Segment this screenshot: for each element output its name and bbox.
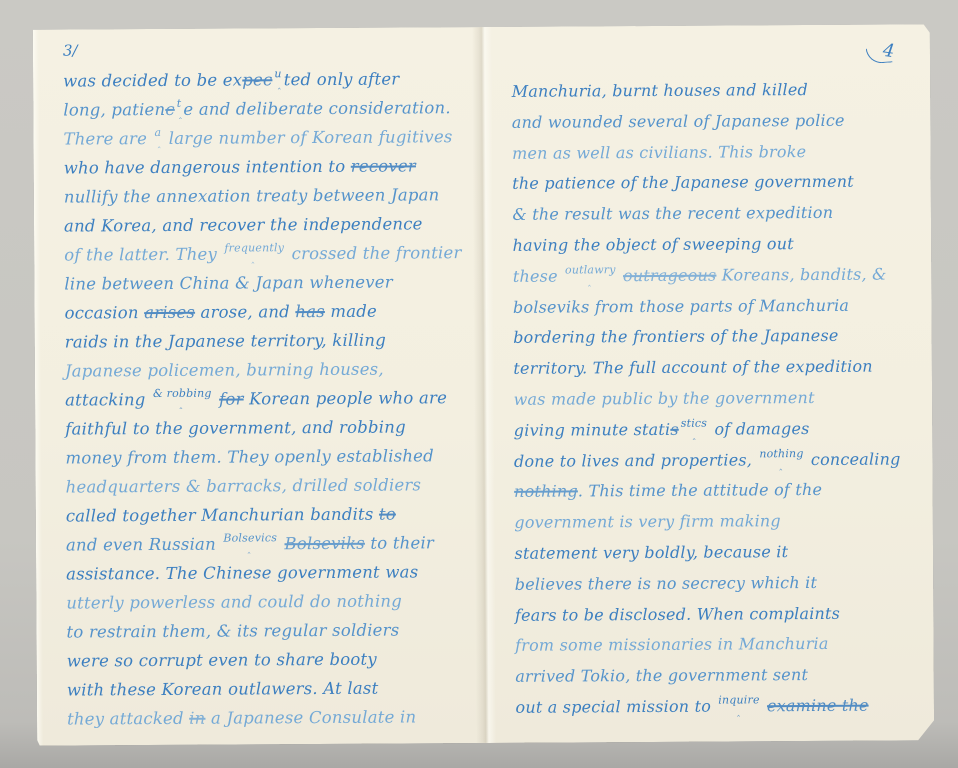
manuscript-text: from some missionaries in Manchuria bbox=[515, 634, 829, 655]
manuscript-line: territory. The full account of the exped… bbox=[513, 351, 926, 384]
manuscript-text: who have dangerous intention to bbox=[64, 157, 351, 178]
manuscript-line: nullify the annexation treaty between Ja… bbox=[64, 180, 477, 212]
manuscript-line: giving minute statisstics of damages bbox=[514, 413, 927, 446]
manuscript-text: e and deliberate consideration. bbox=[183, 98, 450, 119]
struck-out-text: to bbox=[379, 505, 396, 524]
manuscript-line: statement very boldly, because it bbox=[514, 536, 927, 569]
manuscript-text: and Korea, and recover the independence bbox=[64, 214, 423, 235]
manuscript-text: headquarters & barracks, drilled soldier… bbox=[66, 475, 422, 496]
manuscript-text: arrived Tokio, the government sent bbox=[515, 665, 808, 686]
inserted-above-text: t bbox=[177, 89, 182, 118]
manuscript-text: ted only after bbox=[284, 70, 400, 90]
manuscript-text: statement very boldly, because it bbox=[514, 542, 788, 563]
manuscript-line: from some missionaries in Manchuria bbox=[515, 629, 928, 662]
struck-out-text: arises bbox=[144, 303, 195, 322]
manuscript-text: they attacked bbox=[67, 709, 189, 729]
inserted-above-text: Bolsevics bbox=[223, 523, 277, 552]
manuscript-text: the patience of the Japanese government bbox=[512, 172, 854, 193]
page-left-lines: was decided to be expecuted only afterlo… bbox=[63, 64, 480, 734]
manuscript-line: government is very firm making bbox=[514, 505, 927, 538]
manuscript-line: Manchuria, burnt houses and killed bbox=[512, 74, 925, 107]
manuscript-text: nullify the annexation treaty between Ja… bbox=[64, 185, 440, 206]
manuscript-text: faithful to the government, and robbing bbox=[65, 417, 406, 438]
inserted-above-text: outlawry bbox=[565, 255, 616, 286]
manuscript-text: bordering the frontiers of the Japanese bbox=[513, 326, 838, 347]
manuscript-text: made bbox=[325, 302, 377, 321]
manuscript-text bbox=[279, 534, 285, 553]
manuscript-text: to restrain them, & its regular soldiers bbox=[66, 621, 399, 642]
manuscript-line: was made public by the government bbox=[513, 382, 926, 415]
manuscript-line: they attacked in a Japanese Consulate in bbox=[67, 702, 480, 734]
manuscript-text: arose, and bbox=[195, 302, 295, 322]
manuscript-text: and even Russian bbox=[66, 535, 221, 555]
manuscript-text: having the object of sweeping out bbox=[513, 234, 794, 255]
manuscript-text: concealing bbox=[806, 449, 901, 469]
manuscript-text: attacking bbox=[65, 390, 151, 410]
manuscript-text: to their bbox=[365, 533, 434, 552]
manuscript-text: . This time the attitude of the bbox=[578, 480, 822, 500]
manuscript-line: utterly powerless and could do nothing bbox=[66, 586, 479, 618]
struck-out-text: c bbox=[165, 100, 175, 119]
struck-out-text: Bolseviks bbox=[284, 534, 365, 553]
manuscript-text: territory. The full account of the exped… bbox=[513, 357, 873, 378]
manuscript-line: and even Russian Bolsevics Bolseviks to … bbox=[66, 528, 479, 560]
manuscript-line: long, patiencte and deliberate considera… bbox=[63, 93, 476, 125]
manuscript-line: bolseviks from those parts of Manchuria bbox=[513, 290, 926, 323]
manuscript-line: bordering the frontiers of the Japanese bbox=[513, 321, 926, 354]
struck-out-text: nothing bbox=[514, 482, 578, 501]
manuscript-text: men as well as civilians. This broke bbox=[512, 142, 806, 163]
inserted-above-text: & robbing bbox=[153, 379, 212, 408]
manuscript-text: raids in the Japanese territory, killing bbox=[65, 331, 386, 352]
inserted-above-text: stics bbox=[681, 408, 708, 439]
inserted-above-text: a bbox=[154, 118, 161, 147]
manuscript-line: There are a large number of Korean fugit… bbox=[63, 122, 476, 154]
manuscript-line: line between China & Japan whenever bbox=[64, 267, 477, 299]
manuscript-line: nothing. This time the attitude of the bbox=[514, 475, 927, 508]
manuscript-text: out a special mission to bbox=[515, 697, 716, 717]
manuscript-line: the patience of the Japanese government bbox=[512, 167, 925, 200]
manuscript-text: believes there is no secrecy which it bbox=[515, 573, 817, 594]
manuscript-line: occasion arises arose, and has made bbox=[64, 296, 477, 328]
manuscript-text: assistance. The Chinese government was bbox=[66, 562, 418, 583]
manuscript-line: who have dangerous intention to recover bbox=[64, 151, 477, 183]
manuscript-text: bolseviks from those parts of Manchuria bbox=[513, 295, 849, 316]
manuscript-text: a Japanese Consulate in bbox=[205, 707, 416, 727]
manuscript-line: and wounded several of Japanese police bbox=[512, 105, 925, 138]
struck-out-text: for bbox=[219, 389, 244, 408]
struck-out-text: examine the bbox=[767, 696, 869, 716]
inserted-above-text: inquire bbox=[718, 685, 760, 716]
manuscript-line: assistance. The Chinese government was bbox=[66, 557, 479, 589]
letter-sheet: 3/ was decided to be expecuted only afte… bbox=[33, 24, 934, 745]
inserted-above-text: u bbox=[274, 59, 281, 88]
manuscript-line: men as well as civilians. This broke bbox=[512, 136, 925, 169]
page-right-lines: Manchuria, burnt houses and killedand wo… bbox=[512, 74, 928, 723]
manuscript-line: & the result was the recent expedition bbox=[512, 197, 925, 230]
manuscript-text: was decided to be ex bbox=[63, 70, 242, 90]
struck-out-text: s bbox=[670, 420, 679, 439]
manuscript-text: & the result was the recent expedition bbox=[512, 203, 833, 224]
manuscript-line: done to lives and properties, nothing co… bbox=[514, 444, 927, 477]
manuscript-text: and wounded several of Japanese police bbox=[512, 111, 845, 132]
manuscript-text: long, patien bbox=[63, 100, 165, 120]
manuscript-text: of the latter. They bbox=[64, 245, 222, 265]
manuscript-text: done to lives and properties, bbox=[514, 450, 757, 470]
manuscript-text: giving minute stati bbox=[514, 420, 671, 440]
manuscript-text: utterly powerless and could do nothing bbox=[66, 592, 402, 613]
manuscript-text: Koreans, bandits, & bbox=[716, 264, 886, 284]
manuscript-line: with these Korean outlawers. At last bbox=[67, 673, 480, 705]
inserted-above-text: frequently bbox=[224, 233, 284, 262]
struck-out-text: recover bbox=[351, 156, 416, 175]
manuscript-line: attacking & robbing for Korean people wh… bbox=[65, 383, 478, 415]
struck-out-text: has bbox=[295, 302, 325, 321]
manuscript-text: were so corrupt even to share booty bbox=[67, 650, 377, 671]
struck-out-text: pec bbox=[242, 70, 272, 89]
manuscript-line: believes there is no secrecy which it bbox=[515, 567, 928, 600]
page-number-right: 4 bbox=[881, 40, 895, 62]
manuscript-line: money from them. They openly established bbox=[65, 441, 478, 473]
struck-out-text: outrageous bbox=[623, 265, 717, 285]
manuscript-line: out a special mission to inquire examine… bbox=[515, 690, 928, 723]
manuscript-line: raids in the Japanese territory, killing bbox=[65, 325, 478, 357]
manuscript-text: money from them. They openly established bbox=[65, 446, 434, 467]
manuscript-text: large number of Korean fugitives bbox=[163, 127, 452, 148]
manuscript-text: crossed the frontier bbox=[286, 243, 462, 263]
manuscript-text: Japanese policemen, burning houses, bbox=[65, 360, 384, 381]
manuscript-line: headquarters & barracks, drilled soldier… bbox=[66, 470, 479, 502]
manuscript-text: was made public by the government bbox=[514, 388, 815, 409]
page-left: 3/ was decided to be expecuted only afte… bbox=[33, 27, 484, 746]
manuscript-line: were so corrupt even to share booty bbox=[67, 644, 480, 676]
page-number-left: 3/ bbox=[63, 39, 476, 62]
manuscript-line: these outlawry outrageous Koreans, bandi… bbox=[513, 259, 926, 292]
manuscript-line: Japanese policemen, burning houses, bbox=[65, 354, 478, 386]
page-right: 4 Manchuria, burnt houses and killedand … bbox=[479, 24, 934, 743]
manuscript-text: Manchuria, burnt houses and killed bbox=[512, 80, 808, 101]
inserted-above-text: nothing bbox=[759, 439, 803, 470]
manuscript-text: called together Manchurian bandits bbox=[66, 505, 379, 526]
manuscript-text: fears to be disclosed. When complaints bbox=[515, 603, 840, 624]
manuscript-line: to restrain them, & its regular soldiers bbox=[66, 615, 479, 647]
manuscript-text: There are bbox=[63, 129, 152, 149]
manuscript-line: fears to be disclosed. When complaints bbox=[515, 598, 928, 631]
manuscript-line: faithful to the government, and robbing bbox=[65, 412, 478, 444]
struck-out-text: in bbox=[189, 709, 205, 728]
manuscript-text: with these Korean outlawers. At last bbox=[67, 679, 379, 700]
manuscript-text: Korean people who are bbox=[244, 388, 447, 408]
manuscript-line: of the latter. They frequently crossed t… bbox=[64, 238, 477, 270]
manuscript-text: line between China & Japan whenever bbox=[64, 273, 393, 294]
manuscript-text: government is very firm making bbox=[514, 511, 781, 532]
manuscript-line: was decided to be expecuted only after bbox=[63, 64, 476, 96]
manuscript-text: these bbox=[513, 266, 563, 285]
manuscript-text bbox=[618, 266, 623, 285]
manuscript-text: occasion bbox=[64, 303, 144, 322]
manuscript-text: of damages bbox=[709, 419, 809, 439]
